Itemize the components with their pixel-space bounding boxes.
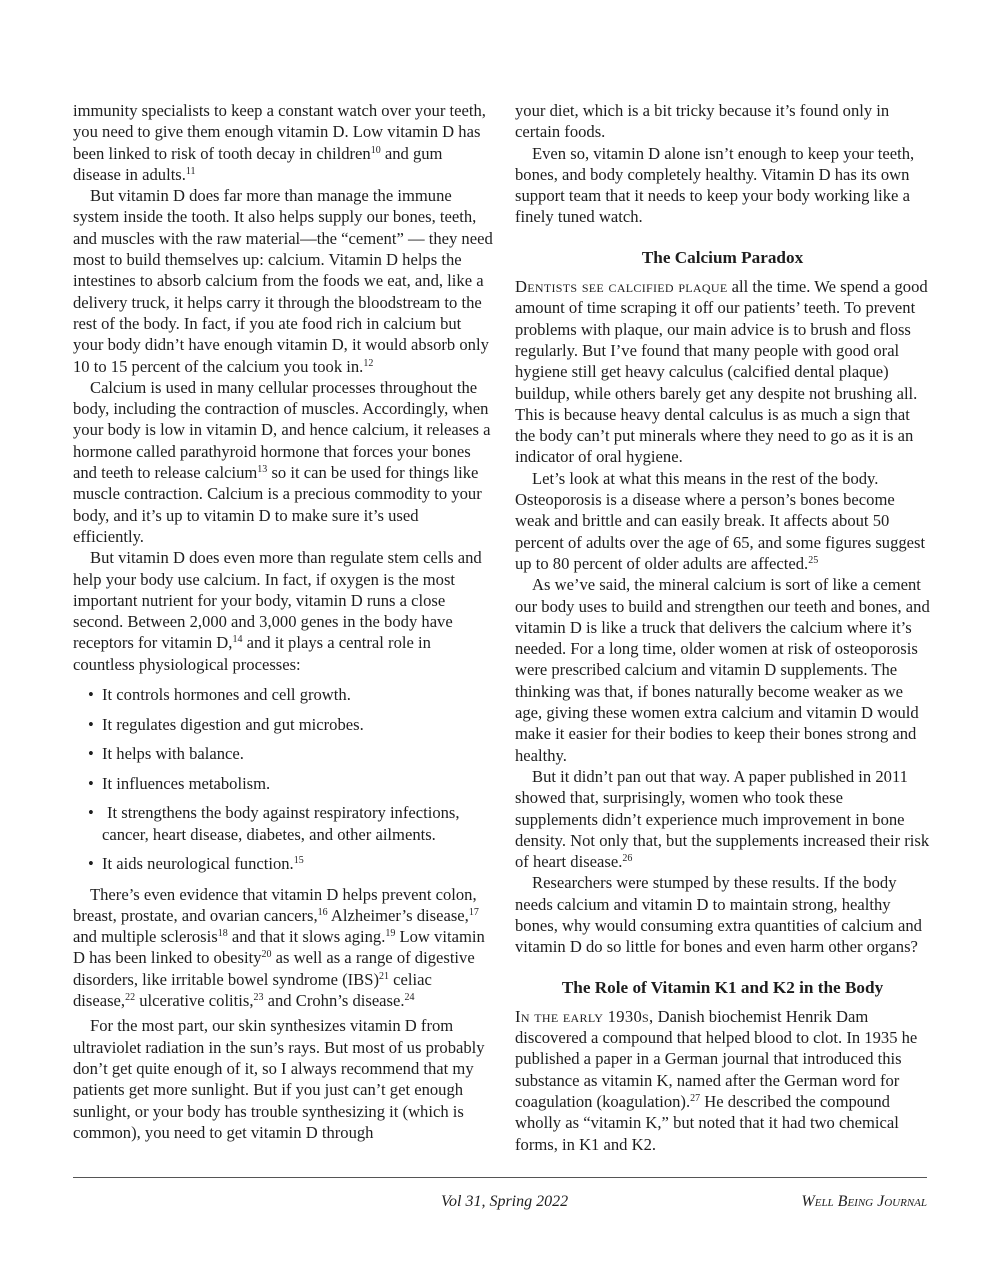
list-item-text: It helps with balance. — [102, 744, 244, 763]
paragraph: Dentists see calcified plaque all the ti… — [515, 276, 930, 468]
paragraph-text: Alzheimer’s disease, — [328, 906, 469, 925]
paragraph-text: Let’s look at what this means in the res… — [515, 469, 925, 573]
paragraph: Calcium is used in many cellular process… — [73, 377, 493, 547]
bullet-icon: • — [88, 684, 94, 705]
list-item: •It strengthens the body against respira… — [73, 802, 493, 845]
paragraph-text: and that it slows aging. — [228, 927, 386, 946]
footnote-ref[interactable]: 16 — [318, 907, 328, 918]
footnote-ref[interactable]: 20 — [262, 949, 272, 960]
paragraph-text: But it didn’t pan out that way. A paper … — [515, 767, 929, 871]
footnote-ref[interactable]: 22 — [125, 992, 135, 1003]
paragraph: Researchers were stumped by these result… — [515, 872, 930, 957]
footnote-ref[interactable]: 17 — [469, 907, 479, 918]
list-item: •It influences metabolism. — [73, 773, 493, 794]
footnote-ref[interactable]: 10 — [371, 145, 381, 156]
list-item: •It helps with balance. — [73, 743, 493, 764]
footnote-ref[interactable]: 15 — [294, 855, 304, 866]
bullet-icon: • — [88, 773, 94, 794]
list-item: •It controls hormones and cell growth. — [73, 684, 493, 705]
footnote-ref[interactable]: 24 — [405, 992, 415, 1003]
paragraph: For the most part, our skin synthesizes … — [73, 1015, 493, 1143]
list-item-text: It aids neurological function. — [102, 854, 294, 873]
bullet-list: •It controls hormones and cell growth. •… — [73, 684, 493, 875]
paragraph-text: and multiple sclerosis — [73, 927, 218, 946]
paragraph: As we’ve said, the mineral calcium is so… — [515, 574, 930, 766]
paragraph: In the early 1930s, Danish biochemist He… — [515, 1006, 930, 1155]
paragraph-text: Researchers were stumped by these result… — [515, 873, 922, 956]
paragraph: your diet, which is a bit tricky because… — [515, 100, 930, 143]
footnote-ref[interactable]: 18 — [218, 928, 228, 939]
list-item-text: It controls hormones and cell growth. — [102, 685, 351, 704]
footnote-ref[interactable]: 11 — [186, 166, 196, 177]
bullet-icon: • — [88, 714, 94, 735]
left-column: immunity specialists to keep a constant … — [73, 100, 493, 1143]
footnote-ref[interactable]: 19 — [385, 928, 395, 939]
footnote-ref[interactable]: 26 — [622, 853, 632, 864]
footnote-ref[interactable]: 27 — [690, 1093, 700, 1104]
paragraph-text: As we’ve said, the mineral calcium is so… — [515, 575, 930, 764]
publication-name: Well Being Journal — [801, 1193, 927, 1211]
footnote-ref[interactable]: 13 — [257, 464, 267, 475]
bullet-icon: • — [88, 743, 94, 764]
paragraph: immunity specialists to keep a constant … — [73, 100, 493, 185]
paragraph: There’s even evidence that vitamin D hel… — [73, 884, 493, 1012]
footnote-ref[interactable]: 14 — [232, 634, 242, 645]
paragraph-text: For the most part, our skin synthesizes … — [73, 1016, 485, 1141]
footnote-ref[interactable]: 25 — [808, 555, 818, 566]
footnote-ref[interactable]: 12 — [363, 358, 373, 369]
section-heading: The Calcium Paradox — [515, 247, 930, 268]
footnote-ref[interactable]: 23 — [254, 992, 264, 1003]
right-column: your diet, which is a bit tricky because… — [515, 100, 930, 1155]
bullet-icon: • — [88, 802, 94, 823]
paragraph: Let’s look at what this means in the res… — [515, 468, 930, 574]
paragraph: Even so, vitamin D alone isn’t enough to… — [515, 143, 930, 228]
paragraph: But vitamin D does far more than manage … — [73, 185, 493, 377]
paragraph-text: all the time. We spend a good amount of … — [515, 277, 928, 466]
list-item-text: It regulates digestion and gut microbes. — [102, 715, 364, 734]
issue-label: Vol 31, Spring 2022 — [441, 1193, 568, 1211]
paragraph-text: Even so, vitamin D alone isn’t enough to… — [515, 144, 914, 227]
list-item-text: It influences metabolism. — [102, 774, 270, 793]
paragraph-text: your diet, which is a bit tricky because… — [515, 101, 889, 141]
list-item: •It regulates digestion and gut microbes… — [73, 714, 493, 735]
paragraph-text: But vitamin D does far more than manage … — [73, 186, 493, 375]
section-heading: The Role of Vitamin K1 and K2 in the Bod… — [515, 977, 930, 998]
footnote-ref[interactable]: 21 — [379, 971, 389, 982]
paragraph: But vitamin D does even more than regula… — [73, 547, 493, 675]
lead-in-smallcaps: Dentists see calcified plaque — [515, 277, 727, 296]
lead-in-smallcaps: In the early 1930s, — [515, 1007, 653, 1026]
bullet-icon: • — [88, 853, 94, 874]
footer-divider — [73, 1177, 927, 1178]
paragraph: But it didn’t pan out that way. A paper … — [515, 766, 930, 872]
list-item: •It aids neurological function.15 — [73, 853, 493, 874]
paragraph-text: and Crohn’s disease. — [264, 991, 405, 1010]
list-item-text: It strengthens the body against respirat… — [102, 803, 460, 843]
paragraph-text: ulcerative colitis, — [135, 991, 253, 1010]
